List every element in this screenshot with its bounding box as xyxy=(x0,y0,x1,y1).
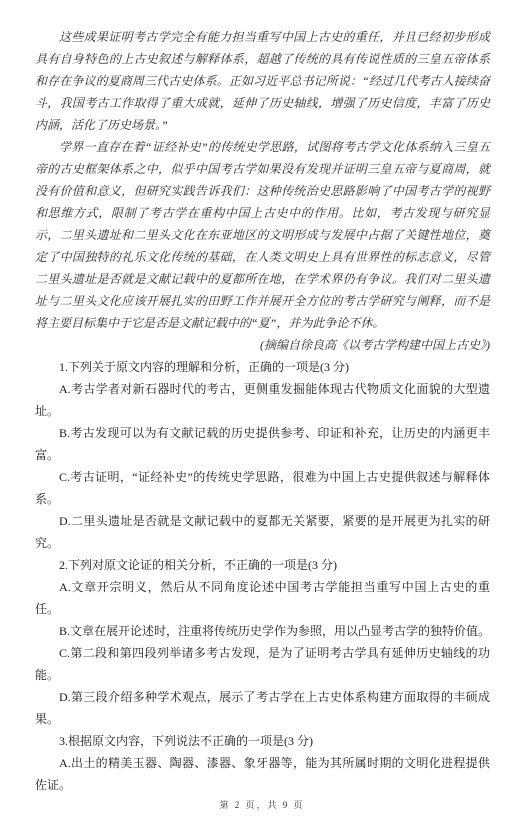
question-1-option-a: A.考古学者对新石器时代的考古，更侧重发掘能体现古代物质文化面貌的大型遗址。 xyxy=(35,378,490,422)
question-1-option-b: B.考古发现可以为有文献记载的历史提供参考、印证和补充，让历史的内涵更丰富。 xyxy=(35,422,490,466)
question-2-option-a: A.文章开宗明义，然后从不同角度论述中国考古学能担当重写中国上古史的重任。 xyxy=(35,576,490,620)
passage-paragraph-2: 学界一直存在着“证经补史”的传统史学思路，试图将考古学文化体系纳入三皇五帝的古史… xyxy=(35,136,490,334)
question-2-option-d: D.第三段介绍多种学术观点，展示了考古学在上古史体系构建方面取得的丰硕成果。 xyxy=(35,686,490,730)
reading-passage: 这些成果证明考古学完全有能力担当重写中国上古史的重任，并且已经初步形成具有自身特… xyxy=(35,26,490,356)
question-2-stem: 2.下列对原文论证的相关分析，不正确的一项是(3 分) xyxy=(35,554,490,576)
question-1-stem: 1.下列关于原文内容的理解和分析，正确的一项是(3 分) xyxy=(35,356,490,378)
passage-attribution: (摘编自徐良高《以考古学构建中国上古史》) xyxy=(35,334,490,356)
question-2-option-c: C.第二段和第四段列举诸多考古发现，是为了证明考古学具有延伸历史轴线的功能。 xyxy=(35,642,490,686)
question-3-option-a: A.出土的精美玉器、陶器、漆器、象牙器等，能为其所属时期的文明化进程提供佐证。 xyxy=(35,752,490,796)
question-3-stem: 3.根据原文内容，下列说法不正确的一项是(3 分) xyxy=(35,730,490,752)
question-1-option-d: D.二里头遗址是否就是文献记载中的夏都无关紧要，紧要的是开展更为扎实的研究。 xyxy=(35,510,490,554)
question-section: 1.下列关于原文内容的理解和分析，正确的一项是(3 分) A.考古学者对新石器时… xyxy=(35,356,490,796)
passage-paragraph-1: 这些成果证明考古学完全有能力担当重写中国上古史的重任，并且已经初步形成具有自身特… xyxy=(35,26,490,136)
page-number-footer: 第 2 页，共 9 页 xyxy=(0,798,524,811)
question-2-option-b: B.文章在展开论述时，注重将传统历史学作为参照，用以凸显考古学的独特价值。 xyxy=(35,620,490,642)
exam-document-page: 这些成果证明考古学完全有能力担当重写中国上古史的重任，并且已经初步形成具有自身特… xyxy=(0,0,524,829)
question-1-option-c: C.考古证明，“证经补史”的传统史学思路，很难为中国上古史提供叙述与解释体系。 xyxy=(35,466,490,510)
